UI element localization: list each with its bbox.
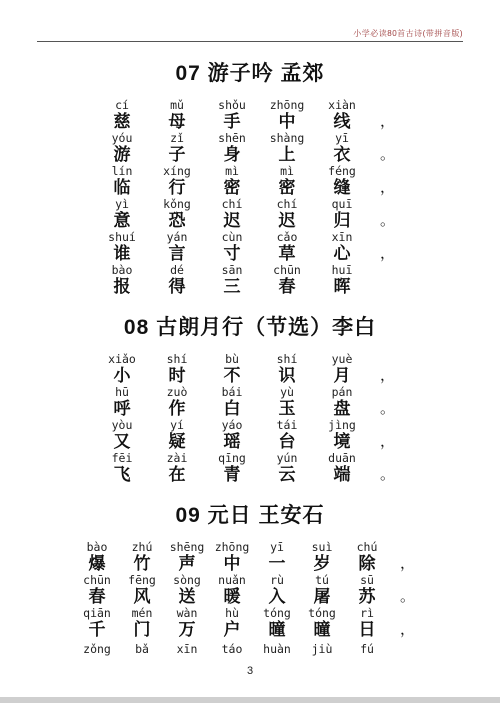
pinyin-syllable: cǎo [260,230,315,245]
hanzi-char: 中 [210,555,255,573]
syllable-column: chí迟 [260,197,315,230]
syllable-column: bǎ [120,642,165,657]
pinyin-syllable: xiǎo [95,352,150,367]
hanzi-char: 身 [205,146,260,164]
poem-title: 08 古朗月行（节选）李白 [0,311,500,341]
pinyin-syllable: shí [260,352,315,367]
pinyin-syllable: jìng [315,418,370,433]
pinyin-syllable: yí [150,418,205,433]
hanzi-char: 千 [75,621,120,639]
poem-block: 09 元日 王安石bào爆zhú竹shēng声zhōng中yī一suì岁chú除… [0,499,500,657]
pinyin-syllable: rù [255,573,300,588]
hanzi-char: 瑶 [205,433,260,451]
syllable-column: pán盘 [315,385,370,418]
hanzi-char: 迟 [205,212,260,230]
syllable-column: shí时 [150,352,205,385]
hanzi-char: 慈 [95,113,150,131]
hanzi-char: 游 [95,146,150,164]
pinyin-syllable: duān [315,451,370,466]
syllable-column: zǒng [75,642,120,657]
hanzi-char: 风 [120,588,165,606]
pinyin-syllable: xíng [150,164,205,179]
pinyin-syllable: sān [205,263,260,278]
pinyin-syllable: xīn [165,642,210,657]
syllable-column: tóng曈 [300,606,345,639]
hanzi-char: 缝 [315,179,370,197]
pinyin-syllable: lín [95,164,150,179]
line-punctuation: ， [390,621,426,639]
pinyin-syllable: mì [205,164,260,179]
hanzi-char: 意 [95,212,150,230]
pinyin-syllable: zǒng [75,642,120,657]
pinyin-syllable: chí [205,197,260,212]
hanzi-char: 归 [315,212,370,230]
syllable-column: rù入 [255,573,300,606]
hanzi-char: 呼 [95,400,150,418]
hanzi-char: 春 [75,588,120,606]
pinyin-syllable: tóng [300,606,345,621]
pinyin-syllable: chú [345,540,390,555]
syllable-column: zài在 [150,451,205,484]
syllable-column: yù玉 [260,385,315,418]
poem-line: yóu游zǐ子shēn身shàng上yī衣。 [0,131,500,164]
pinyin-syllable: xīn [315,230,370,245]
hanzi-char: 衣 [315,146,370,164]
hanzi-char: 云 [260,466,315,484]
hanzi-char: 报 [95,278,150,296]
pinyin-syllable: yán [150,230,205,245]
hanzi-char: 爆 [75,555,120,573]
pinyin-syllable: rì [345,606,390,621]
pinyin-syllable: xiàn [315,98,370,113]
pinyin-syllable: bǎ [120,642,165,657]
syllable-column: quī归 [315,197,370,230]
line-punctuation [370,278,406,296]
poem-block: 08 古朗月行（节选）李白xiǎo小shí时bù不shí识yuè月，hū呼zuò… [0,311,500,484]
hanzi-char: 上 [260,146,315,164]
pinyin-syllable: zhú [120,540,165,555]
syllable-column: duān端 [315,451,370,484]
poems-container: 07 游子吟 孟郊cí慈mǔ母shǒu手zhōng中xiàn线，yóu游zǐ子s… [0,57,500,657]
syllable-column: sòng送 [165,573,210,606]
pinyin-syllable: shǒu [205,98,260,113]
syllable-column: yī衣 [315,131,370,164]
poem-line: hū呼zuò作bái白yù玉pán盘。 [0,385,500,418]
poem-line: yì意kǒng恐chí迟chí迟quī归。 [0,197,500,230]
syllable-column: bào爆 [75,540,120,573]
pinyin-syllable: mén [120,606,165,621]
poem-line: shuí谁yán言cùn寸cǎo草xīn心， [0,230,500,263]
pinyin-syllable: yī [255,540,300,555]
syllable-column: tóng曈 [255,606,300,639]
syllable-column: bù不 [205,352,260,385]
pinyin-syllable: zuò [150,385,205,400]
pinyin-syllable: fēng [120,573,165,588]
poem-title: 07 游子吟 孟郊 [0,57,500,87]
syllable-column: shēn身 [205,131,260,164]
syllable-column: shàng上 [260,131,315,164]
hanzi-char: 春 [260,278,315,296]
pinyin-syllable: tái [260,418,315,433]
syllable-column: yáo瑶 [205,418,260,451]
line-punctuation: ， [370,179,406,197]
syllable-column: hù户 [210,606,255,639]
pinyin-syllable: yuè [315,352,370,367]
hanzi-char: 日 [345,621,390,639]
hanzi-char: 门 [120,621,165,639]
syllable-column: lín临 [95,164,150,197]
hanzi-char: 入 [255,588,300,606]
line-punctuation: 。 [370,146,406,164]
syllable-column: hū呼 [95,385,150,418]
hanzi-char: 声 [165,555,210,573]
hanzi-char: 玉 [260,400,315,418]
line-punctuation: 。 [370,212,406,230]
pinyin-syllable: yáo [205,418,260,433]
line-punctuation: 。 [370,400,406,418]
pinyin-syllable: yóu [95,131,150,146]
pinyin-syllable: chūn [260,263,315,278]
syllable-column: tú屠 [300,573,345,606]
pinyin-syllable: mì [260,164,315,179]
hanzi-char: 曈 [300,621,345,639]
poem-line: chūn春fēng风sòng送nuǎn暖rù入tú屠sū苏。 [0,573,500,606]
hanzi-char: 识 [260,367,315,385]
pinyin-syllable: shēng [165,540,210,555]
syllable-column: fēng风 [120,573,165,606]
syllable-column: cùn寸 [205,230,260,263]
syllable-column: yī一 [255,540,300,573]
hanzi-char: 行 [150,179,205,197]
pinyin-syllable: shí [150,352,205,367]
syllable-column: sān三 [205,263,260,296]
hanzi-char: 除 [345,555,390,573]
syllable-column: yuè月 [315,352,370,385]
syllable-column: wàn万 [165,606,210,639]
line-punctuation [390,639,426,657]
hanzi-char: 在 [150,466,205,484]
pinyin-syllable: wàn [165,606,210,621]
pinyin-syllable: bào [95,263,150,278]
pinyin-syllable: huàn [255,642,300,657]
bottom-divider [0,697,500,703]
syllable-column: fēi飞 [95,451,150,484]
syllable-column: sū苏 [345,573,390,606]
line-punctuation: ， [370,245,406,263]
pinyin-syllable: féng [315,164,370,179]
pinyin-syllable: fēi [95,451,150,466]
hanzi-char: 谁 [95,245,150,263]
syllable-column: zuò作 [150,385,205,418]
pinyin-syllable: yún [260,451,315,466]
syllable-column: xīn [165,642,210,657]
pinyin-syllable: chí [260,197,315,212]
pinyin-syllable: shuí [95,230,150,245]
pinyin-syllable: bù [205,352,260,367]
line-punctuation: 。 [370,466,406,484]
syllable-column: bái白 [205,385,260,418]
hanzi-char: 端 [315,466,370,484]
pinyin-syllable: zhōng [260,98,315,113]
hanzi-char: 岁 [300,555,345,573]
hanzi-char: 境 [315,433,370,451]
hanzi-char: 草 [260,245,315,263]
hanzi-char: 临 [95,179,150,197]
pinyin-syllable: jiù [300,642,345,657]
syllable-column: zhú竹 [120,540,165,573]
header-note: 小学必读80首古诗(带拼音版) [353,28,463,40]
syllable-column: shǒu手 [205,98,260,131]
pinyin-syllable: kǒng [150,197,205,212]
syllable-column: xiàn线 [315,98,370,131]
syllable-column: suì岁 [300,540,345,573]
pinyin-syllable: táo [210,642,255,657]
syllable-column: yí疑 [150,418,205,451]
hanzi-char: 台 [260,433,315,451]
hanzi-char: 心 [315,245,370,263]
syllable-column: mì密 [260,164,315,197]
poem-line: bào爆zhú竹shēng声zhōng中yī一suì岁chú除， [0,540,500,573]
syllable-column: nuǎn暖 [210,573,255,606]
hanzi-char: 户 [210,621,255,639]
hanzi-char: 子 [150,146,205,164]
hanzi-char: 密 [260,179,315,197]
syllable-column: mén门 [120,606,165,639]
hanzi-char: 白 [205,400,260,418]
hanzi-char: 曈 [255,621,300,639]
pinyin-syllable: hū [95,385,150,400]
syllable-column: dé得 [150,263,205,296]
hanzi-char: 线 [315,113,370,131]
hanzi-char: 竹 [120,555,165,573]
hanzi-char: 恐 [150,212,205,230]
pinyin-syllable: dé [150,263,205,278]
poem-line: bào报dé得sān三chūn春huī晖 [0,263,500,296]
pinyin-syllable: qīng [205,451,260,466]
line-punctuation: ， [370,113,406,131]
poem-line: lín临xíng行mì密mì密féng缝， [0,164,500,197]
syllable-column: chūn春 [75,573,120,606]
syllable-column: yòu又 [95,418,150,451]
syllable-column: fú [345,642,390,657]
syllable-column: yóu游 [95,131,150,164]
hanzi-char: 时 [150,367,205,385]
hanzi-char: 迟 [260,212,315,230]
pinyin-syllable: pán [315,385,370,400]
pinyin-syllable: zǐ [150,131,205,146]
pinyin-syllable: bào [75,540,120,555]
hanzi-char: 送 [165,588,210,606]
line-punctuation: ， [370,433,406,451]
poem-line: fēi飞zài在qīng青yún云duān端。 [0,451,500,484]
line-punctuation: ， [370,367,406,385]
syllable-column: shēng声 [165,540,210,573]
pinyin-syllable: yòu [95,418,150,433]
pinyin-syllable: yì [95,197,150,212]
pinyin-syllable: quī [315,197,370,212]
hanzi-char: 不 [205,367,260,385]
pinyin-syllable: cùn [205,230,260,245]
syllable-column: qīng青 [205,451,260,484]
pinyin-syllable: nuǎn [210,573,255,588]
syllable-column: jiù [300,642,345,657]
syllable-column: tái台 [260,418,315,451]
hanzi-char: 密 [205,179,260,197]
hanzi-char: 又 [95,433,150,451]
syllable-column: mì密 [205,164,260,197]
syllable-column: zǐ子 [150,131,205,164]
pinyin-syllable: suì [300,540,345,555]
syllable-column: kǒng恐 [150,197,205,230]
hanzi-char: 作 [150,400,205,418]
syllable-column: zhōng中 [210,540,255,573]
syllable-column: zhōng中 [260,98,315,131]
hanzi-char: 月 [315,367,370,385]
syllable-column: xīn心 [315,230,370,263]
syllable-column: xiǎo小 [95,352,150,385]
pinyin-syllable: hù [210,606,255,621]
pinyin-syllable: tóng [255,606,300,621]
syllable-column: shí识 [260,352,315,385]
poem-line: qiān千mén门wàn万hù户tóng曈tóng曈rì日， [0,606,500,639]
hanzi-char: 言 [150,245,205,263]
syllable-column: qiān千 [75,606,120,639]
syllable-column: bào报 [95,263,150,296]
poem-line: zǒngbǎxīntáohuànjiùfú [0,639,500,657]
pinyin-syllable: yù [260,385,315,400]
syllable-column: jìng境 [315,418,370,451]
poem-line: yòu又yí疑yáo瑶tái台jìng境， [0,418,500,451]
hanzi-char: 晖 [315,278,370,296]
syllable-column: chí迟 [205,197,260,230]
syllable-column: xíng行 [150,164,205,197]
syllable-column: rì日 [345,606,390,639]
poem-line: xiǎo小shí时bù不shí识yuè月， [0,352,500,385]
document-page: 小学必读80首古诗(带拼音版) 07 游子吟 孟郊cí慈mǔ母shǒu手zhōn… [0,0,500,707]
syllable-column: yún云 [260,451,315,484]
line-punctuation: 。 [390,588,426,606]
hanzi-char: 三 [205,278,260,296]
pinyin-syllable: zhōng [210,540,255,555]
poem-block: 07 游子吟 孟郊cí慈mǔ母shǒu手zhōng中xiàn线，yóu游zǐ子s… [0,57,500,296]
hanzi-char: 盘 [315,400,370,418]
syllable-column: cǎo草 [260,230,315,263]
hanzi-char: 苏 [345,588,390,606]
hanzi-char: 中 [260,113,315,131]
pinyin-syllable: shàng [260,131,315,146]
pinyin-syllable: bái [205,385,260,400]
pinyin-syllable: sū [345,573,390,588]
hanzi-char: 手 [205,113,260,131]
hanzi-char: 得 [150,278,205,296]
hanzi-char: 青 [205,466,260,484]
page-number: 3 [0,665,500,677]
syllable-column: huàn [255,642,300,657]
syllable-column: mǔ母 [150,98,205,131]
pinyin-syllable: zài [150,451,205,466]
hanzi-char: 疑 [150,433,205,451]
hanzi-char: 母 [150,113,205,131]
syllable-column: cí慈 [95,98,150,131]
pinyin-syllable: sòng [165,573,210,588]
syllable-column: yán言 [150,230,205,263]
syllable-column: chūn春 [260,263,315,296]
pinyin-syllable: qiān [75,606,120,621]
hanzi-char: 屠 [300,588,345,606]
syllable-column: chú除 [345,540,390,573]
pinyin-syllable: fú [345,642,390,657]
page-header: 小学必读80首古诗(带拼音版) [37,0,463,42]
syllable-column: shuí谁 [95,230,150,263]
pinyin-syllable: tú [300,573,345,588]
poem-line: cí慈mǔ母shǒu手zhōng中xiàn线， [0,98,500,131]
hanzi-char: 寸 [205,245,260,263]
poem-title: 09 元日 王安石 [0,499,500,529]
hanzi-char: 飞 [95,466,150,484]
syllable-column: táo [210,642,255,657]
hanzi-char: 暖 [210,588,255,606]
pinyin-syllable: cí [95,98,150,113]
hanzi-char: 小 [95,367,150,385]
syllable-column: yì意 [95,197,150,230]
line-punctuation: ， [390,555,426,573]
pinyin-syllable: yī [315,131,370,146]
pinyin-syllable: chūn [75,573,120,588]
pinyin-syllable: mǔ [150,98,205,113]
hanzi-char: 一 [255,555,300,573]
pinyin-syllable: huī [315,263,370,278]
hanzi-char: 万 [165,621,210,639]
pinyin-syllable: shēn [205,131,260,146]
syllable-column: féng缝 [315,164,370,197]
syllable-column: huī晖 [315,263,370,296]
